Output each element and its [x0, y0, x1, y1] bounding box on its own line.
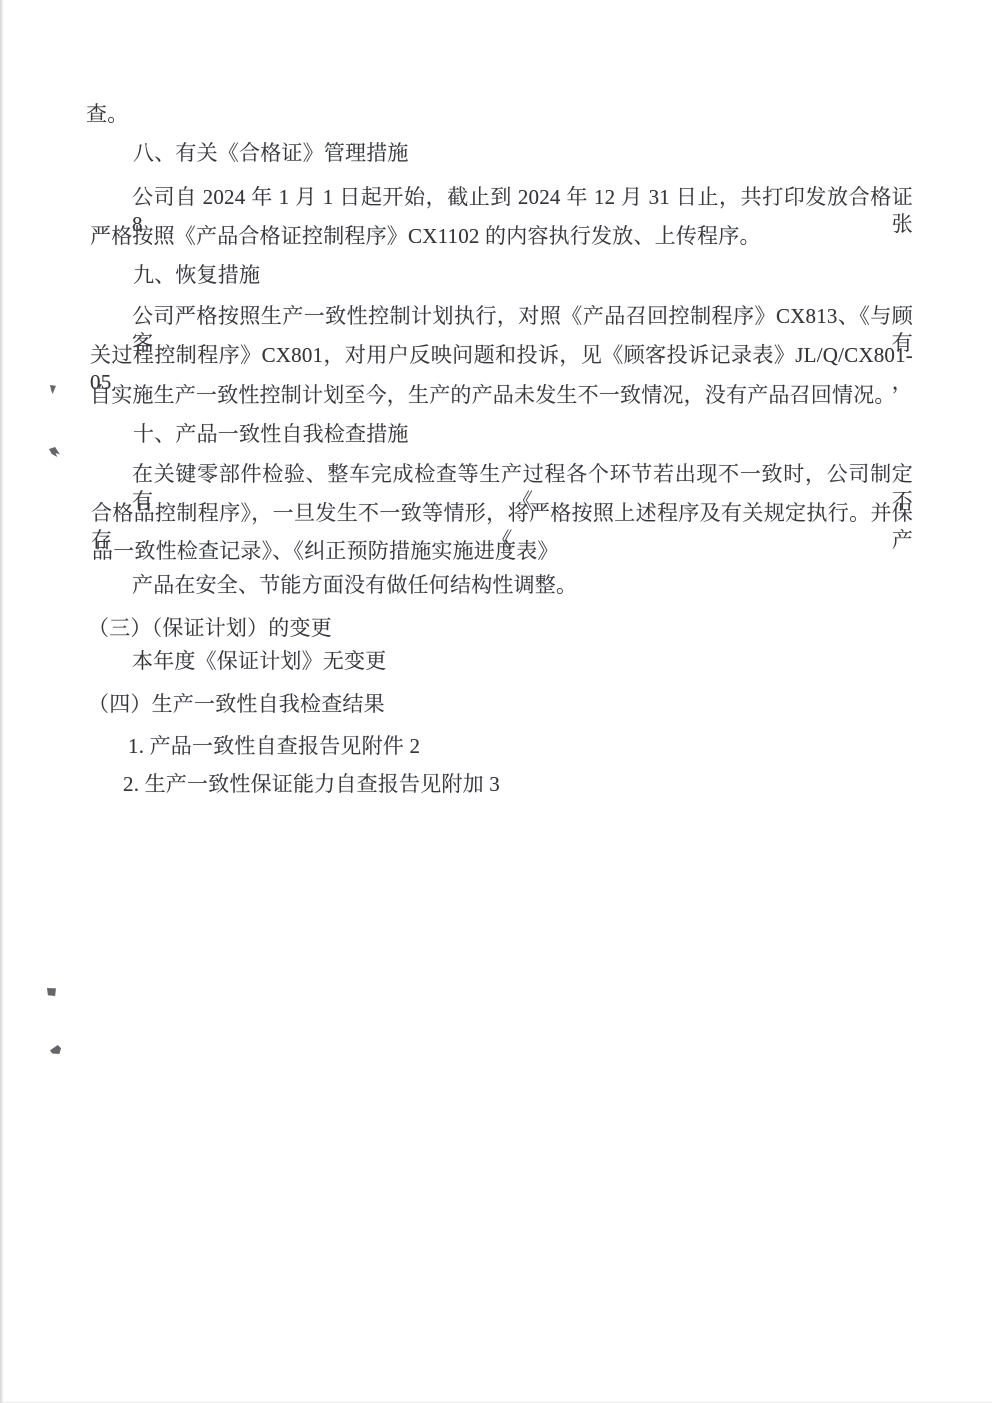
body-line-continuation: 查。	[86, 101, 128, 128]
scanned-document-page: 查。 八、有关《合格证》管理措施 公司自 2024 年 1 月 1 日起开始，截…	[0, 0, 992, 1403]
ink-speck-3	[47, 988, 56, 996]
para-no-structural-change: 产品在安全、节能方面没有做任何结构性调整。	[132, 572, 577, 599]
heading-section-9: 九、恢复措施	[133, 262, 260, 289]
heading-section-10: 十、产品一致性自我检查措施	[133, 421, 409, 448]
ink-speck-1	[50, 385, 56, 394]
para-certificates-line-2: 严格按照《产品合格证控制程序》CX1102 的内容执行发放、上传程序。	[90, 223, 761, 250]
para-selfcheck-line-3: 品一致性检查记录》、《纠正预防措施实施进度表》	[92, 538, 559, 565]
list-item-2-attachment-3: 2. 生产一致性保证能力自查报告见附加 3	[123, 771, 500, 798]
ink-speck-2	[49, 447, 60, 457]
heading-part-3-plan-change: （三）（保证计划）的变更	[88, 615, 332, 642]
left-scan-edge	[0, 0, 3, 1403]
list-item-1-attachment-2: 1. 产品一致性自查报告见附件 2	[128, 733, 420, 760]
ink-speck-4	[50, 1045, 61, 1054]
heading-part-4-selfcheck-result: （四）生产一致性自我检查结果	[88, 691, 385, 718]
heading-section-8: 八、有关《合格证》管理措施	[133, 140, 409, 167]
para-recovery-line-3: 自实施生产一致性控制计划至今，生产的产品未发生不一致情况，没有产品召回情况。	[90, 382, 896, 409]
para-plan-no-change: 本年度《保证计划》无变更	[132, 648, 386, 675]
